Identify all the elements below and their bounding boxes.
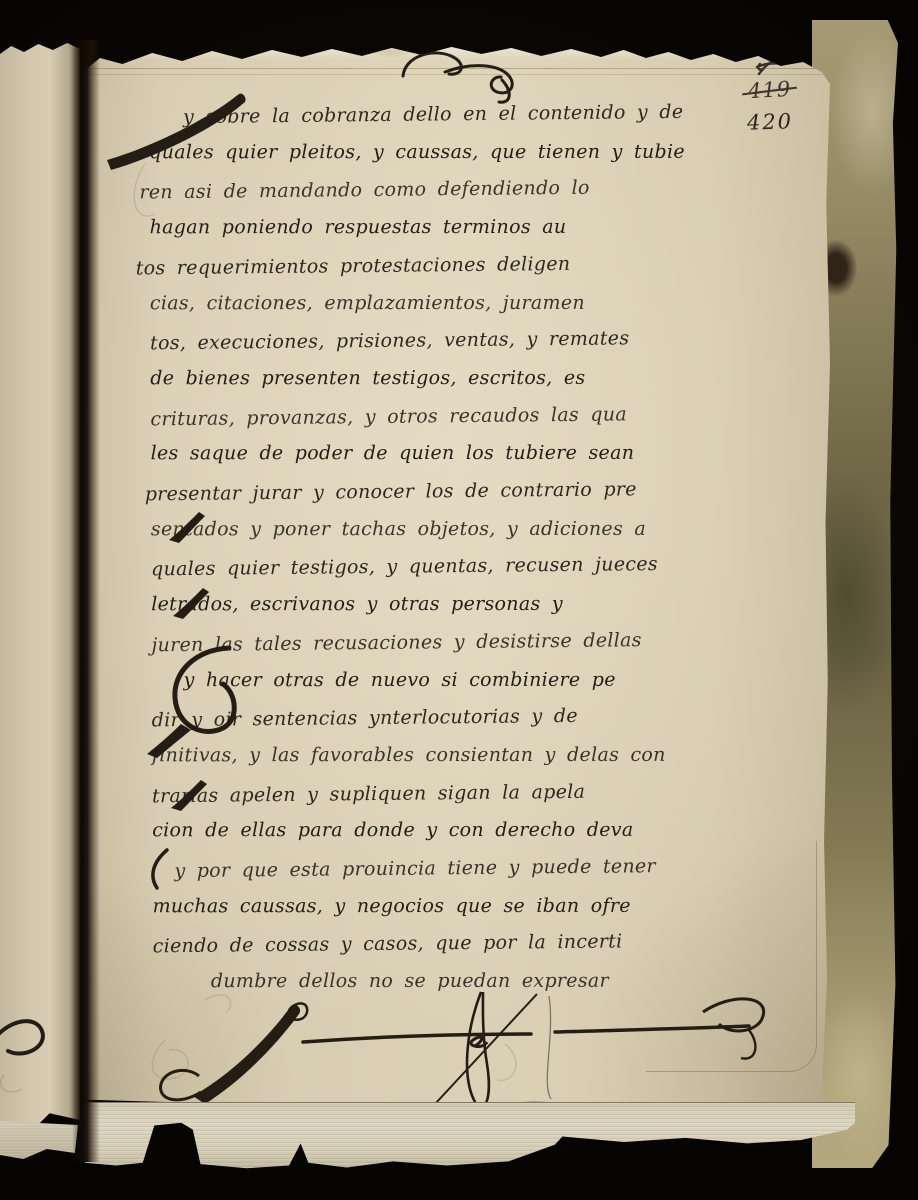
manuscript-line: y por que esta prouincia tiene y puede t… [174,847,792,891]
manuscript-text: y sobre la cobranza dello en el contenid… [141,95,793,1003]
manuscript-line: juren las tales recusaciones y desistirs… [151,620,791,664]
manuscript-line: y hacer otras de nuevo si combiniere pe [184,661,792,699]
manuscript-page: y sobre la cobranza dello en el contenid… [85,44,833,1106]
manuscript-line: de bienes presenten testigos, escritos, … [150,360,790,398]
facing-page-bottom-edge [0,1121,78,1161]
manuscript-line: cion de ellas para donde y con derecho d… [152,812,792,850]
manuscript-line: tos, execuciones, prisiones, ventas, y r… [150,319,790,363]
manuscript-line: sentados y poner tachas objetos, y adici… [151,510,791,548]
folio-number-crossed-out: 419 [748,77,792,103]
manuscript-line: ren asi de mandando como defendiendo lo [139,168,789,213]
folio-number-current: 420 [715,108,826,136]
corner-cross-mark-icon [754,52,786,76]
folio-numbers: 419 420 [715,52,825,134]
manuscript-line: quales quier pleitos, y caussas, que tie… [149,133,789,171]
manuscript-line: dumbre dellos no se puedan expresar [211,963,793,1001]
bottom-page-edges [85,1102,855,1171]
manuscript-line: crituras, provanzas, y otros recaudos la… [150,394,790,438]
manuscript-line: trarias apelen y supliquen sigan la apel… [152,771,792,815]
manuscript-line: muchas caussas, y negocios que se iban o… [153,887,793,925]
manuscript-photo: y sobre la cobranza dello en el contenid… [0,0,918,1200]
manuscript-line: ciendo de cossas y casos, que por la inc… [153,922,793,966]
facing-page-edge [0,40,80,1158]
manuscript-line: tos requerimientos protestaciones delige… [136,243,790,288]
manuscript-line: finitivas, y las favorables consientan y… [152,737,792,775]
manuscript-line: hagan poniendo respuestas terminos au [150,209,790,247]
manuscript-line: presentar jurar y conocer los de contrar… [145,470,791,514]
manuscript-line: cias, citaciones, emplazamientos, jurame… [150,284,790,322]
manuscript-line: dir y oir sentencias ynterlocutorias y d… [152,696,792,740]
manuscript-line: letrados, escrivanos y otras personas y [151,586,791,624]
manuscript-line: quales quier testigos, y quentas, recuse… [151,545,791,589]
manuscript-line: y sobre la cobranza dello en el contenid… [183,93,789,137]
manuscript-line: les saque de poder de quien los tubiere … [151,435,791,473]
